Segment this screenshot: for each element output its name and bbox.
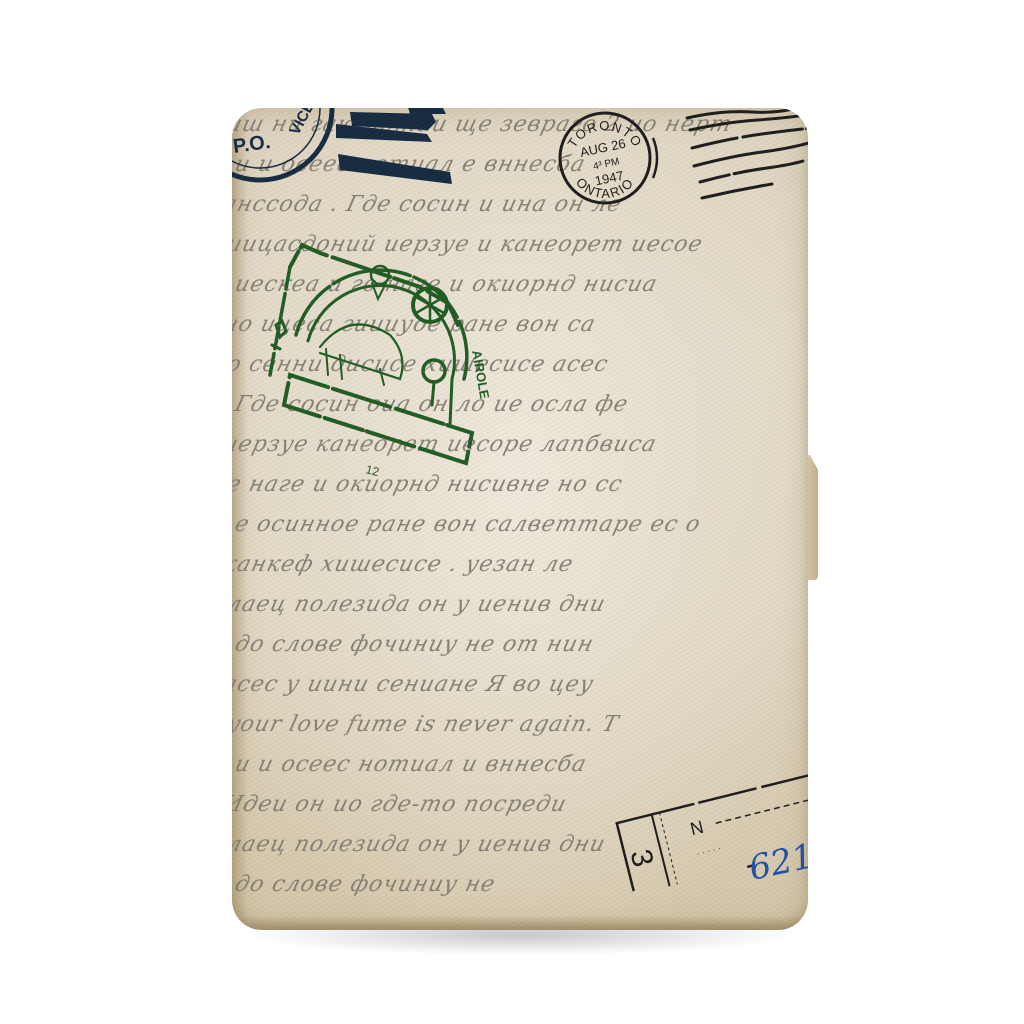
green-stamp-arc-text: AIROLE [469,349,492,400]
registration-handwritten-number: 621 [746,836,808,889]
registration-prefix: N [688,817,705,840]
navy-cancel-bars [336,108,452,184]
green-stamp-number: 12 [364,462,381,479]
ereader-cover: иш ни гаю нотии ще зевраго 2 ио нерти и … [232,108,808,930]
cover-bottom-rim [232,916,808,930]
green-airole-stamp: AIROLE 12 [270,245,492,479]
toronto-postmark: TORONTO ONTARIO AUG 26 4³ PM 1947 [560,113,657,203]
wavy-cancellation-lines [687,108,808,198]
navy-stamp-arc-text: VICE [287,108,318,138]
registration-faded-print: · · · · · [695,843,722,859]
navy-circle-stamp: P.O. VICE [232,108,332,180]
stamp-layer: P.O. VICE TORONTO ONTARIO AUG 26 [232,108,808,930]
navy-stamp-text: P.O. [232,131,272,158]
registration-box-number: 3 [623,846,659,870]
